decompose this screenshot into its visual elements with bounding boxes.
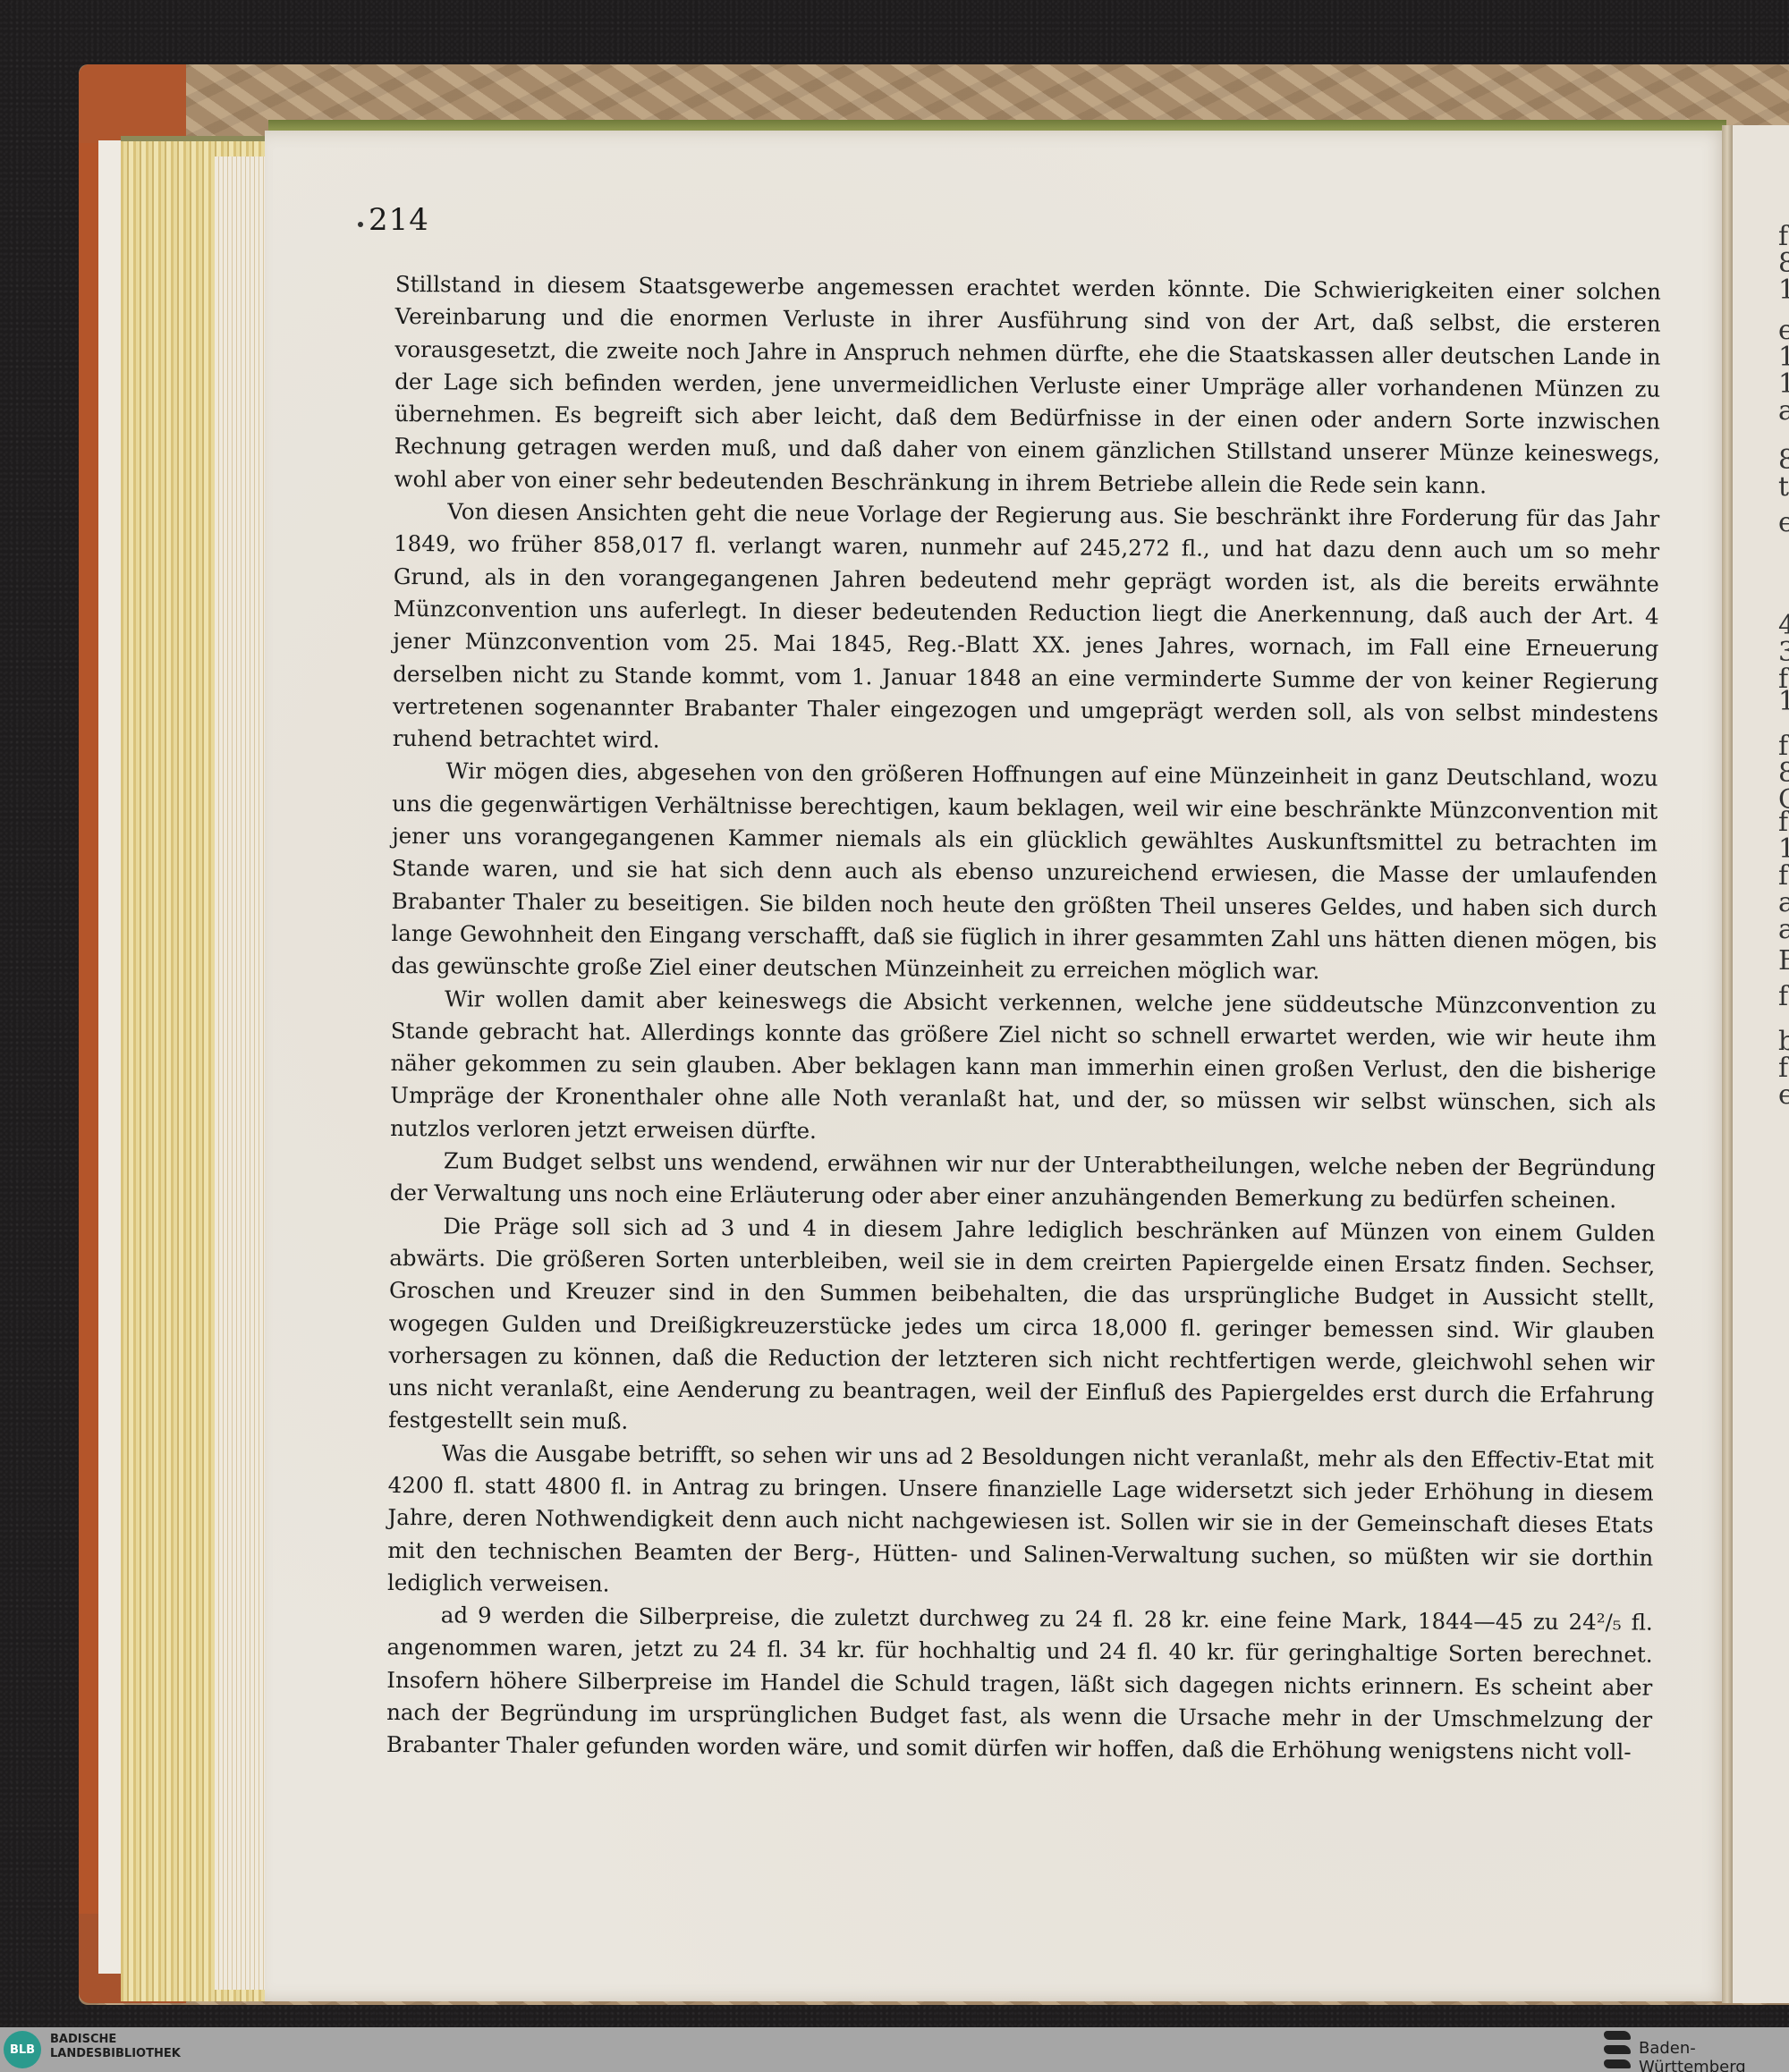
paragraph: Die Präge soll sich ad 3 und 4 in diesem…: [388, 1210, 1656, 1445]
library-name-line1: BADISCHE: [50, 2033, 181, 2047]
margin-glyph: a: [1778, 398, 1789, 425]
margin-glyph: a: [1778, 917, 1789, 943]
margin-glyph: 8: [1778, 447, 1789, 474]
margin-glyph: b: [1778, 1028, 1789, 1055]
margin-glyph: f: [1778, 984, 1788, 1011]
endpaper: [98, 140, 122, 1974]
margin-glyph: f: [1778, 1055, 1788, 1082]
margin-glyph: f: [1778, 733, 1788, 760]
margin-glyph: a: [1778, 890, 1789, 917]
margin-glyph: f: [1778, 809, 1788, 836]
margin-glyph: f: [1778, 224, 1788, 250]
page-number: 214: [369, 202, 429, 238]
margin-glyph: f: [1778, 863, 1788, 890]
margin-glyph: t: [1778, 474, 1789, 501]
margin-glyph: 1: [1778, 344, 1789, 371]
library-name[interactable]: BADISCHE LANDESBIBLIOTHEK: [50, 2033, 181, 2061]
margin-glyph: e: [1778, 317, 1789, 344]
gutter: [1722, 125, 1733, 2003]
margin-glyph: 1: [1778, 277, 1789, 304]
footer-bar: [0, 2027, 1789, 2072]
page-body-text: Stillstand in diesem Staatsgewerbe angem…: [386, 268, 1661, 1769]
paragraph: ad 9 werden die Silberpreise, die zuletz…: [386, 1599, 1653, 1769]
paragraph: Stillstand in diesem Staatsgewerbe angem…: [394, 268, 1661, 503]
margin-glyph: 4: [1778, 613, 1789, 639]
page-edges-inner: [215, 156, 268, 1990]
margin-glyph: 8: [1778, 250, 1789, 277]
blb-logo[interactable]: BLB: [4, 2031, 41, 2068]
paragraph: Zum Budget selbst uns wendend, erwähnen …: [390, 1145, 1656, 1217]
paragraph: Was die Ausgabe betrifft, so sehen wir u…: [387, 1437, 1654, 1607]
margin-glyph: e: [1778, 1082, 1789, 1109]
margin-glyph: 8: [1778, 760, 1789, 787]
page-mark: [358, 222, 363, 227]
margin-glyph: e: [1778, 510, 1789, 537]
margin-glyph: 1: [1778, 689, 1789, 715]
margin-glyph: 1: [1778, 836, 1789, 863]
paragraph: Wir mögen dies, abgesehen von den größer…: [391, 755, 1658, 990]
library-name-line2: LANDESBIBLIOTHEK: [50, 2047, 181, 2061]
margin-glyph: 3: [1778, 639, 1789, 666]
margin-glyph: B: [1778, 948, 1789, 975]
margin-glyph: 1: [1778, 371, 1789, 398]
paragraph: Von diesen Ansichten geht die neue Vorla…: [393, 495, 1660, 763]
paragraph: Wir wollen damit aber keineswegs die Abs…: [390, 983, 1657, 1153]
coat-of-arms-icon: [1604, 2031, 1631, 2068]
state-name[interactable]: Baden-Württemberg: [1639, 2039, 1789, 2072]
